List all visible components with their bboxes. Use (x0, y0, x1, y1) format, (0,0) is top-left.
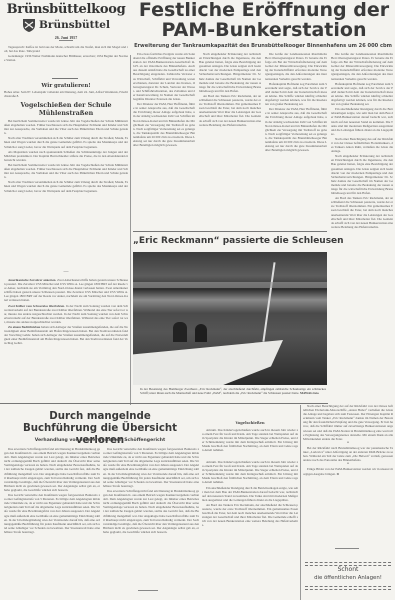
bottom-subheadline: Verhandlung vor dem erweiterten Schöffen… (0, 438, 200, 443)
vogelschiessen-body: Bei herrlichem Sommerwetter wurde im Gän… (4, 119, 128, 269)
slogan-box: Schont die öffentlichen Anlagen! (305, 566, 391, 582)
lower-middle-col: Amrum. Das Kindervogelschießen wurde auc… (202, 460, 298, 596)
right-bottom-text: Nach einer Besichtigung der auf der Rück… (303, 404, 393, 544)
intro-notes: Tagesspruch: Kaffee ist bald aus der Mod… (4, 45, 128, 71)
separator-ornament: — (4, 270, 128, 275)
main-col-3: Die Größe der Landkonzession übermittelt… (265, 52, 327, 228)
boat-mast (262, 262, 275, 341)
bottom-col-2: Das Gericht verurteilte den Kaufmann weg… (103, 447, 199, 587)
photo-caption: In der Besatzung des Hamburger Zweihsers… (140, 387, 326, 403)
boat-hull (133, 340, 283, 385)
short-items: Amerikanische Zerstörer ankerten. Zwei A… (4, 278, 128, 402)
main-col-4: Die Größe der Landkonzession übermittelt… (331, 52, 393, 400)
photo-headline: „Eric Reckmann“ passierte die Schleusen (133, 236, 327, 246)
congrats-text: Hohes Alter. Sein 87. Lebensjahr vollend… (4, 90, 128, 99)
slogan-bottom-border (305, 586, 391, 590)
short-vogelschiessen-body: Amrum. Das Kindervogelschießen wurde auc… (202, 428, 298, 458)
congrats-heading: Wir gratulieren! (4, 82, 128, 90)
slogan-line2: die öffentlichen Anlagen! (305, 574, 391, 582)
masthead-line1: Brünsbüttelkoog (4, 2, 128, 17)
gedenktage: Gedenktage: 1936 Walter Nothmann deutsch… (4, 54, 128, 62)
short-vogelschiessen-heading: Vogelschießen (202, 421, 298, 425)
coat-of-arms-icon (22, 18, 36, 32)
article-signature: D (337, 472, 339, 476)
main-subheadline: Erweiterung der Tankraumkapazität des Br… (132, 43, 394, 49)
masthead-line2: Brünsbüttel (39, 19, 110, 31)
tagesspruch: Tagesspruch: Kaffee ist bald aus der Mod… (4, 45, 128, 53)
vogelschiessen-heading: Vogelschießen der Schule Mühlenstraßen (14, 102, 118, 117)
bottom-col-1: Das erweiterte Schöffengericht fand am D… (4, 447, 100, 595)
masthead: Brünsbüttelkoog Brünsbüttel 26. Juni 195… (4, 2, 128, 40)
main-col-2: Nach eingehender Erläuterung der technis… (199, 52, 261, 228)
slogan-line1: Schont (305, 566, 391, 574)
boat-photo (133, 252, 327, 385)
photo-credit: MAWAG foto (300, 391, 319, 395)
main-col-1: Ein etwas festliches Ereignis wurde am S… (133, 52, 195, 228)
main-headline: Festliche Eröffnung der PAM-Bunkerstatio… (136, 0, 392, 40)
